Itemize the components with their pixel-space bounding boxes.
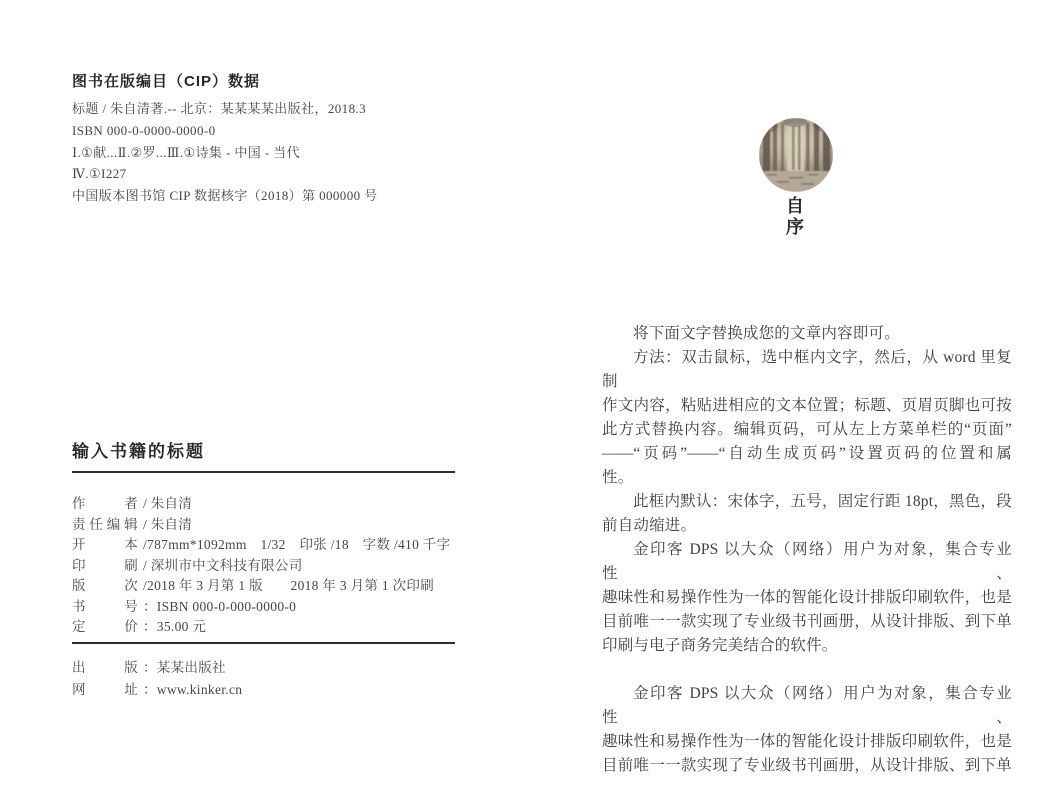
pub-info-row-label: 作者 [72,494,138,515]
pub-info-row: 印刷/ 深圳市中文科技有限公司 [72,556,455,577]
pub-info-row-value: ：ISBN 000-0-000-0000-0 [143,599,296,614]
pub-info-row: 书号：ISBN 000-0-000-0000-0 [72,597,455,618]
publisher-row-label: 出版 [72,657,138,679]
body-text-line: ——“页码”——“自动生成页码”设置页码的位置和属 [602,442,1012,466]
body-text-line: 趣味性和易操作性为一体的智能化设计排版印刷软件，也是 [602,586,1012,610]
pub-info-row-label: 责任编辑 [72,515,138,536]
book-title-frame[interactable]: 输入书籍的标题 [72,442,455,473]
publisher-rows: 出版：某某出版社网址：www.kinker.cn [72,657,455,700]
body-text-line: 作文内容，粘贴进相应的文本位置；标题、页眉页脚也可按 [602,394,1012,418]
publisher-row-label: 网址 [72,679,138,701]
cip-line: Ⅰ.①献...Ⅱ.②罗...Ⅲ.①诗集 - 中国 - 当代 [72,142,472,164]
cip-lines: 标题 / 朱自清著.-- 北京：某某某某出版社，2018.3ISBN 000-0… [72,98,472,207]
body-paragraph: 将下面文字替换成您的文章内容即可。 [602,322,1012,346]
pub-info-rows: 作者/ 朱自清责任编辑/ 朱自清开本/787mm*1092mm 1/32 印张 … [72,494,455,638]
cip-line: ISBN 000-0-0000-0000-0 [72,120,472,142]
body-text-line: 印刷与电子商务完美结合的软件。 [602,634,1012,658]
body-text-line: 金印客 DPS 以大众（网络）用户为对象，集合专业性、 [602,682,1012,730]
body-paragraph: 方法：双击鼠标，选中框内文字，然后，从 word 里复制作文内容，粘贴进相应的文… [602,346,1012,490]
pub-info-row: 作者/ 朱自清 [72,494,455,515]
chapter-title-char: 序 [784,217,806,238]
pub-info-row: 开本/787mm*1092mm 1/32 印张 /18 字数 /410 千字 [72,535,455,556]
pub-info-row: 定价：35.00 元 [72,617,455,638]
body-text-line: 此方式替换内容。编辑页码，可从左上方菜单栏的“页面” [602,418,1012,442]
body-paragraph: 金印客 DPS 以大众（网络）用户为对象，集合专业性、趣味性和易操作性为一体的智… [602,682,1012,778]
pub-info-row-value: /2018 年 3 月第 1 版 2018 年 3 月第 1 次印刷 [143,578,434,593]
pub-info-row-label: 开本 [72,535,138,556]
body-text-line: 性。 [602,466,1012,490]
cip-line: 标题 / 朱自清著.-- 北京：某某某某出版社，2018.3 [72,98,472,120]
publisher-row: 网址：www.kinker.cn [72,679,455,701]
body-text-line: 将下面文字替换成您的文章内容即可。 [602,322,1012,346]
pub-info-row-value: ：35.00 元 [143,619,206,634]
body-text-line: 目前唯一一款实现了专业级书刊画册，从设计排版、到下单 [602,754,1012,778]
pub-info-row-label: 版次 [72,576,138,597]
chapter-photo-frame[interactable] [759,118,833,192]
pub-info-row: 版次/2018 年 3 月第 1 版 2018 年 3 月第 1 次印刷 [72,576,455,597]
body-text-frame[interactable]: 将下面文字替换成您的文章内容即可。方法：双击鼠标，选中框内文字，然后，从 wor… [602,322,1012,778]
pub-info-row: 责任编辑/ 朱自清 [72,515,455,536]
body-text-line: 金印客 DPS 以大众（网络）用户为对象，集合专业性、 [602,538,1012,586]
body-text-line: 目前唯一一款实现了专业级书刊画册，从设计排版、到下单 [602,610,1012,634]
body-text-line: 趣味性和易操作性为一体的智能化设计排版印刷软件，也是 [602,730,1012,754]
chapter-title-char: 自 [784,196,806,217]
pub-info-row-value: / 朱自清 [143,517,192,532]
pub-info-row-value: / 深圳市中文科技有限公司 [143,558,303,573]
publisher-frame[interactable]: 出版：某某出版社网址：www.kinker.cn [72,657,455,700]
cip-line: Ⅳ.①I227 [72,163,472,185]
publisher-row-value: ：www.kinker.cn [143,682,242,697]
body-paragraph: 金印客 DPS 以大众（网络）用户为对象，集合专业性、趣味性和易操作性为一体的智… [602,538,1012,658]
book-spread: 图书在版编目（CIP）数据 标题 / 朱自清著.-- 北京：某某某某出版社，20… [0,0,1058,793]
publisher-row-value: ：某某出版社 [143,660,226,675]
forest-photo-image [759,118,833,192]
pub-info-row-label: 印刷 [72,556,138,577]
pub-info-row-label: 定价 [72,617,138,638]
publisher-row: 出版：某某出版社 [72,657,455,679]
body-paragraph: 此框内默认：宋体字，五号，固定行距 18pt，黑色，段前自动缩进。 [602,490,1012,538]
cip-title: 图书在版编目（CIP）数据 [72,70,472,91]
pub-info-row-value: / 朱自清 [143,496,192,511]
body-text-line: 方法：双击鼠标，选中框内文字，然后，从 word 里复制 [602,346,1012,394]
book-title: 输入书籍的标题 [72,442,455,462]
cip-data-frame[interactable]: 图书在版编目（CIP）数据 标题 / 朱自清著.-- 北京：某某某某出版社，20… [72,70,472,207]
publication-info-frame[interactable]: 作者/ 朱自清责任编辑/ 朱自清开本/787mm*1092mm 1/32 印张 … [72,494,455,638]
pub-info-row-label: 书号 [72,597,138,618]
body-text-line: 此框内默认：宋体字，五号，固定行距 18pt，黑色，段 [602,490,1012,514]
chapter-title[interactable]: 自序 [784,196,806,238]
pub-info-row-value: /787mm*1092mm 1/32 印张 /18 字数 /410 千字 [143,537,450,552]
body-text-line: 前自动缩进。 [602,514,1012,538]
horizontal-rule [72,642,455,644]
cip-line: 中国版本图书馆 CIP 数据核字（2018）第 000000 号 [72,185,472,207]
